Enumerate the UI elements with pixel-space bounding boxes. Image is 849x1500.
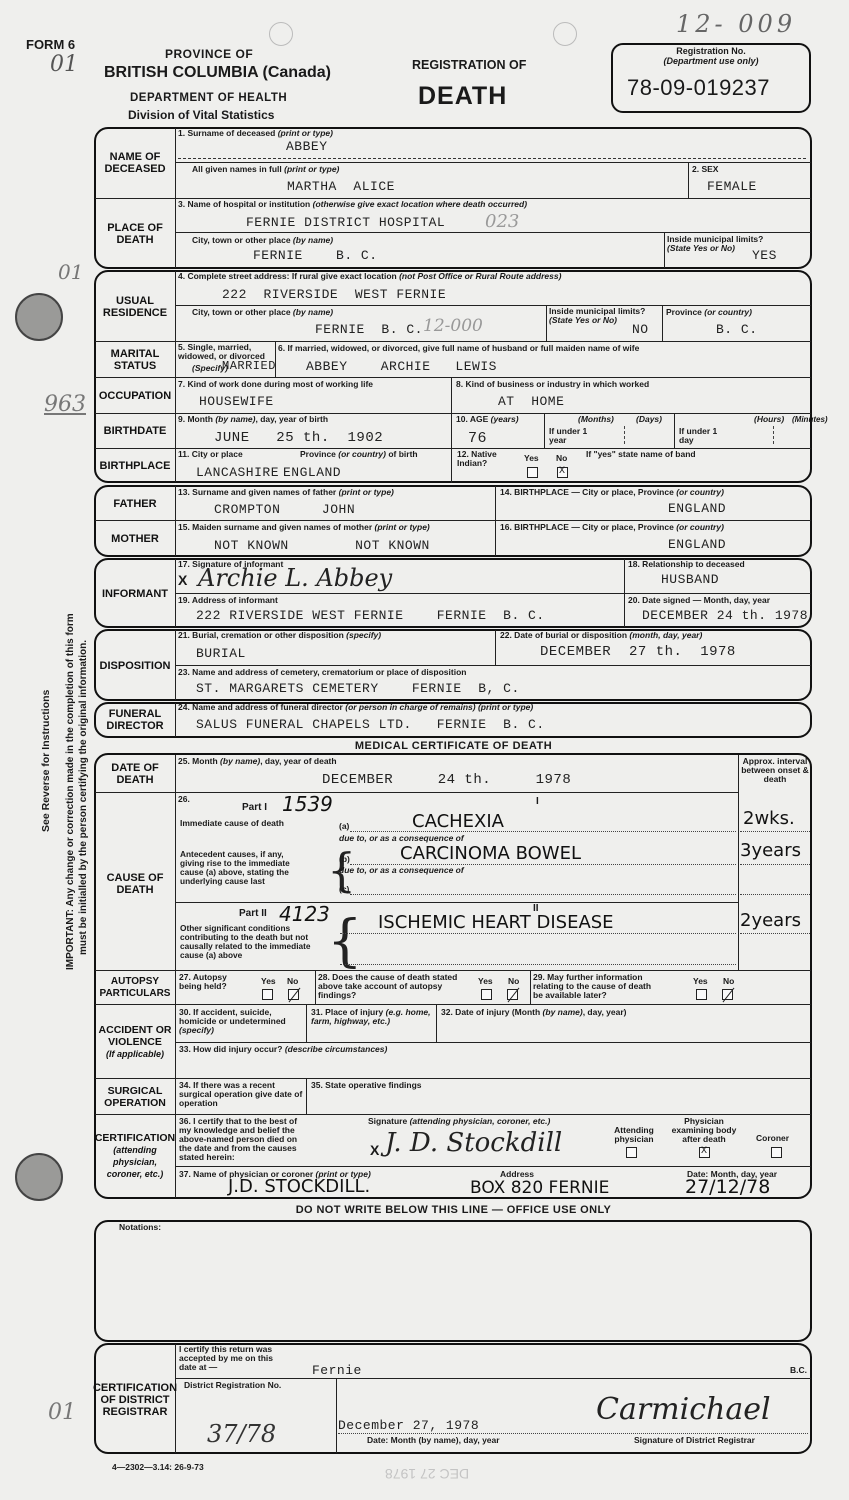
accident-q33-label: 33. How did injury occur? [179, 1044, 282, 1054]
death-city-label: City, town or other place [192, 235, 291, 245]
see-reverse-note: See Reverse for Instructions [40, 690, 53, 832]
hospital-code: 023 [485, 211, 519, 232]
native-yes-label: Yes [524, 454, 539, 463]
surname-value: ABBEY [286, 139, 328, 154]
line-b-cause: CARCINOMA BOWEL [400, 843, 581, 864]
part2-label: Part II [239, 909, 267, 918]
birthdate-label: 9. Month [178, 414, 213, 424]
part2-cause: ISCHEMIC HEART DISEASE [378, 912, 614, 933]
accident-q30-label: 30. If accident, suicide, homicide or un… [179, 1007, 286, 1026]
registrar-certify-label: I certify this return was accepted by me… [179, 1345, 284, 1372]
form-code: 4—2302—3.14: 26-9-73 [112, 1463, 204, 1472]
attending-checkbox[interactable] [626, 1147, 637, 1158]
date-of-death-label: 25. Month [178, 756, 218, 766]
disposition-date-value: DECEMBER 27 th. 1978 [540, 644, 736, 660]
disposition-type-value: BURIAL [196, 646, 246, 661]
q28-no-label: No [508, 977, 519, 986]
registration-label: Registration No. [613, 46, 809, 56]
birth-city-label: 11. City or place [178, 450, 243, 459]
surname-label: 1. Surname of deceased [178, 128, 275, 138]
part1-label: Part I [242, 803, 267, 812]
registrar-province: B.C. [790, 1366, 807, 1375]
under-day-label: If under 1 day [679, 427, 719, 445]
q29-yes-label: Yes [693, 977, 708, 986]
registration-of: REGISTRATION OF [412, 58, 526, 72]
form-title: DEATH [418, 82, 507, 111]
line-b-interval: 3years [740, 840, 801, 861]
section-accident: ACCIDENT OR VIOLENCE (If applicable) [96, 1006, 174, 1078]
line-a-interval: 2wks. [743, 808, 795, 829]
margin-annotation-01: 01 [58, 260, 83, 284]
father-birthplace-label: 14. BIRTHPLACE — City or place, Province [500, 487, 674, 497]
residence-inside-limits-value: NO [632, 322, 649, 337]
surgical-q35-label: 35. State operative findings [311, 1081, 422, 1090]
informant-address-value: 222 RIVERSIDE WEST FERNIE FERNIE B. C. [196, 608, 545, 623]
mother-birthplace-label: 16. BIRTHPLACE — City or place, Province [500, 522, 674, 532]
attending-label: Attending physician [608, 1126, 660, 1144]
section-place-of-death: PLACE OF DEATH [96, 210, 174, 258]
native-no-checkbox[interactable] [557, 467, 568, 478]
registrar-date-value: December 27, 1978 [338, 1418, 479, 1433]
medical-certificate-heading: MEDICAL CERTIFICATE OF DEATH [0, 740, 849, 752]
section-registrar-label: CERTIFICATION OF DISTRICT REGISTRAR [96, 1360, 174, 1440]
informant-date-label: 20. Date signed — Month, day, year [628, 596, 770, 605]
mother-birthplace-value: ENGLAND [668, 537, 726, 552]
funeral-director-label: 24. Name and address of funeral director [178, 702, 343, 712]
physician-signature-x: X [370, 1142, 379, 1158]
section-certification: CERTIFICATION (attending physician, coro… [96, 1116, 174, 1196]
province-of: PROVINCE OF [165, 47, 253, 61]
section-mother: MOTHER [96, 521, 174, 556]
occupation-industry-value: AT HOME [498, 394, 564, 409]
registrar-signature-label: Signature of District Registrar [634, 1436, 755, 1445]
residence-city-code: 12-000 [423, 316, 483, 336]
q28-no-checkbox[interactable] [507, 989, 518, 1000]
minutes-label: (Minutes) [792, 415, 828, 424]
informant-address-label: 19. Address of informant [178, 596, 278, 605]
father-birthplace-value: ENGLAND [668, 501, 726, 516]
corner-annotation: 12- 009 [676, 10, 796, 38]
district-reg-value: 37/78 [207, 1420, 276, 1448]
line-c-cause [350, 894, 736, 895]
section-cause-of-death: CAUSE OF DEATH [96, 866, 174, 902]
line-b-marker: (b) [339, 855, 350, 864]
coroner-checkbox[interactable] [771, 1147, 782, 1158]
section-informant-label: INFORMANT [96, 560, 174, 627]
disposition-type-label: 21. Burial, cremation or other dispositi… [178, 630, 344, 640]
funeral-director-value: SALUS FUNERAL CHAPELS LTD. FERNIE B. C. [196, 717, 545, 732]
section-funeral-director-label: FUNERAL DIRECTOR [96, 703, 174, 737]
native-yes-checkbox[interactable] [527, 467, 538, 478]
due-to-label-1: due to, or as a consequence of [339, 834, 464, 843]
q29-yes-checkbox[interactable] [696, 989, 707, 1000]
margin-annotation-963: 963 [44, 392, 86, 417]
sex-label: 2. SEX [692, 165, 718, 174]
section-father: FATHER [96, 487, 174, 520]
death-inside-limits-value: YES [752, 248, 777, 263]
certify-q36-label: 36. I certify that to the best of my kno… [179, 1117, 309, 1162]
notations-label: Notations: [119, 1223, 161, 1232]
hospital-label: 3. Name of hospital or institution [178, 199, 310, 209]
occupation-industry-label: 8. Kind of business or industry in which… [456, 380, 649, 389]
province-name: BRITISH COLUMBIA (Canada) [104, 64, 331, 82]
due-to-label-2: due to, or as a consequence of [339, 866, 464, 875]
residence-address-label: 4. Complete street address: If rural giv… [178, 271, 397, 281]
physician-date-value: 27/12/78 [685, 1176, 770, 1198]
physician-name-value: J.D. STOCKDILL. [228, 1176, 370, 1197]
item-26-number: 26. [178, 795, 190, 804]
line-c-marker: (c) [339, 885, 349, 894]
residence-city-value: FERNIE B. C. [315, 322, 423, 337]
other-conditions-label: Other significant conditions contributin… [180, 924, 315, 960]
band-label: If "yes" state name of band [586, 450, 696, 459]
autopsy-q29-label: 29. May further information relating to … [533, 973, 663, 1000]
section-name-of-deceased: NAME OF DECEASED [96, 128, 174, 198]
disposition-place-label: 23. Name and address of cemetery, cremat… [178, 668, 466, 677]
coroner-label: Coroner [756, 1134, 789, 1143]
q28-yes-checkbox[interactable] [481, 989, 492, 1000]
q27-yes-label: Yes [261, 977, 276, 986]
registration-number: 78-09-019237 [627, 75, 770, 101]
under-year-label: If under 1 year [549, 427, 591, 445]
birth-city-value: LANCASHIRE [196, 465, 279, 480]
surgical-q34-label: 34. If there was a recent surgical opera… [179, 1081, 304, 1108]
margin-annotation-01-bottom: 01 [48, 1400, 76, 1425]
punch-hole-top-right [553, 22, 577, 46]
informant-signature-x: X [178, 572, 187, 588]
part2-interval: 2years [740, 910, 801, 931]
autopsy-q27-label: 27. Autopsy being held? [179, 973, 239, 991]
registrar-place-value: Fernie [312, 1363, 362, 1378]
birthdate-value: JUNE 25 th. 1902 [214, 430, 383, 446]
department: DEPARTMENT OF HEALTH [130, 92, 287, 104]
brace-other: { [327, 914, 363, 970]
birth-province-value: ENGLAND [283, 465, 341, 480]
date-of-death-value: DECEMBER 24 th. 1978 [322, 772, 571, 788]
disposition-place-value: ST. MARGARETS CEMETERY FERNIE B, C. [196, 681, 520, 696]
spouse-value: ABBEY ARCHIE LEWIS [306, 359, 497, 374]
immediate-cause-label: Immediate cause of death [180, 819, 284, 828]
examining-label: Physician examining body after death [668, 1117, 740, 1144]
occupation-work-label: 7. Kind of work done during most of work… [178, 380, 373, 389]
part1-roman: I [536, 797, 539, 806]
residence-address-value: 222 RIVERSIDE WEST FERNIE [222, 287, 446, 302]
important-note-line2: must be initialled by the person certify… [77, 640, 90, 955]
given-names-value: MARTHA ALICE [287, 179, 395, 194]
punch-hole-left-upper [15, 293, 63, 341]
physician-signature: J. D. Stockdill [385, 1128, 562, 1158]
part1-code: 1539 [282, 792, 333, 816]
punch-hole-left-lower [15, 1153, 63, 1201]
death-registration-form: FORM 6 01 PROVINCE OF BRITISH COLUMBIA (… [0, 0, 849, 1500]
native-no-label: No [556, 454, 567, 463]
physician-signature-label: Signature [368, 1116, 407, 1126]
spouse-label: 6. If married, widowed, or divorced, giv… [278, 344, 639, 353]
section-surgical: SURGICAL OPERATION [96, 1080, 174, 1114]
q29-no-checkbox[interactable] [722, 989, 733, 1000]
father-name-value: CROMPTON JOHN [214, 502, 355, 517]
birth-province-label: Province [300, 449, 336, 459]
marital-status-value: MARRIED [222, 359, 276, 373]
received-stamp: DEC 27 1978 [385, 1466, 469, 1482]
father-name-label: 13. Surname and given names of father [178, 487, 336, 497]
informant-signature: Archie L. Abbey [198, 564, 392, 592]
given-names-label: All given names in full [192, 164, 282, 174]
age-value: 76 [468, 430, 487, 447]
punch-hole-top-left [269, 22, 293, 46]
residence-city-label: City, town or other place [192, 307, 291, 317]
interval-header: Approx. interval between onset & death [741, 757, 809, 784]
months-label: (Months) [578, 415, 614, 424]
section-usual-residence: USUAL RESIDENCE [96, 285, 174, 329]
q27-yes-checkbox[interactable] [262, 989, 273, 1000]
mother-name-value: NOT KNOWN NOT KNOWN [214, 538, 430, 553]
age-label: 10. AGE [456, 414, 488, 424]
accident-q32-label: 32. Date of injury (Month [441, 1007, 540, 1017]
antecedent-causes-label: Antecedent causes, if any, giving rise t… [180, 850, 305, 886]
q27-no-checkbox[interactable] [288, 989, 299, 1000]
examining-checkbox[interactable] [699, 1147, 710, 1158]
relationship-label: 18. Relationship to deceased [628, 560, 745, 569]
sex-value: FEMALE [707, 179, 757, 194]
section-birthdate: BIRTHDATE [96, 414, 174, 448]
autopsy-q28-label: 28. Does the cause of death stated above… [318, 973, 473, 1000]
days-label: (Days) [636, 415, 662, 424]
form-number: FORM 6 [26, 37, 75, 52]
division: Division of Vital Statistics [128, 108, 274, 122]
q29-no-label: No [723, 977, 734, 986]
occupation-work-value: HOUSEWIFE [199, 394, 274, 409]
residence-province-label: Province [666, 307, 702, 317]
section-occupation: OCCUPATION [96, 378, 174, 413]
section-autopsy: AUTOPSY PARTICULARS [96, 971, 174, 1004]
mother-name-label: 15. Maiden surname and given names of mo… [178, 522, 372, 532]
section-disposition-label: DISPOSITION [96, 631, 174, 700]
residence-province-value: B. C. [716, 322, 758, 337]
registration-sublabel: (Department use only) [613, 56, 809, 66]
district-reg-label: District Registration No. [184, 1381, 281, 1390]
form-annotation: 01 [50, 52, 78, 77]
important-note-line1: IMPORTANT: Any change or correction made… [64, 613, 77, 970]
registrar-signature: Carmichael [596, 1392, 771, 1427]
informant-date-value: DECEMBER 24 th. 1978 [642, 608, 808, 623]
registrar-date-label: Date: Month (by name), day, year [367, 1436, 500, 1445]
death-city-value: FERNIE B. C. [253, 248, 378, 263]
notations-box[interactable] [94, 1220, 812, 1342]
line-a-cause: CACHEXIA [412, 811, 504, 832]
native-indian-label: 12. Native Indian? [457, 450, 497, 468]
hours-label: (Hours) [754, 415, 784, 424]
relationship-value: HUSBAND [661, 572, 719, 587]
section-date-of-death: DATE OF DEATH [96, 756, 174, 792]
hospital-value: FERNIE DISTRICT HOSPITAL [246, 215, 445, 230]
registration-number-box: Registration No. (Department use only) 7… [611, 43, 811, 113]
disposition-date-label: 22. Date of burial or disposition [500, 630, 627, 640]
q28-yes-label: Yes [478, 977, 493, 986]
q27-no-label: No [287, 977, 298, 986]
section-birthplace: BIRTHPLACE [96, 449, 174, 483]
line-a-marker: (a) [339, 822, 349, 831]
physician-address-value: BOX 820 FERNIE [470, 1178, 609, 1198]
office-use-heading: DO NOT WRITE BELOW THIS LINE — OFFICE US… [0, 1204, 849, 1216]
section-marital-status: MARITAL STATUS [96, 342, 174, 377]
